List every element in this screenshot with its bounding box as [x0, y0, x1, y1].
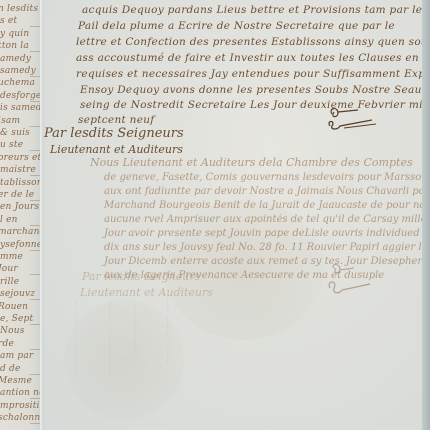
- margin-text-line: Nous: [0, 326, 25, 336]
- framed-manuscript: n lesditss ety quintton laamedysamedyuch…: [0, 0, 430, 430]
- frame-right-edge: [422, 0, 430, 430]
- margin-text-line: mprosition: [0, 401, 40, 411]
- ghost-text: ~~~ ~ ~~ ~~~: [104, 300, 114, 376]
- margin-text-line: e, Sept: [0, 314, 33, 324]
- margin-text-line: amedy: [0, 54, 31, 64]
- margin-dash: [30, 349, 40, 350]
- margin-text-line: desforge: [0, 91, 40, 101]
- margin-text-line: s et: [0, 16, 17, 26]
- margin-dash: [30, 175, 40, 176]
- margin-text-line: ysefonne: [0, 240, 40, 250]
- margin-text-line: Jour: [0, 264, 18, 274]
- margin-text-line: er de le: [0, 190, 34, 200]
- margin-text-line: tton la: [0, 41, 29, 51]
- margin-text-line: schalonne: [0, 413, 40, 423]
- margin-text-line: maistre: [0, 165, 36, 175]
- margin-text-line: n lesdits: [0, 4, 38, 14]
- margin-text-line: Mesme: [0, 376, 32, 386]
- margin-text-line: & suis: [0, 128, 30, 138]
- margin-text-line: oreurs et: [0, 153, 40, 163]
- margin-dash: [30, 374, 40, 375]
- margin-text-line: uchema: [0, 78, 35, 88]
- margin-text-line: rille: [0, 277, 19, 287]
- main-paper: acquis Dequoy pardans Lieus bettre et Pr…: [44, 0, 422, 430]
- margin-text-line: is samedy: [0, 103, 40, 113]
- margin-dash: [30, 200, 40, 201]
- margin-text-line: rde: [0, 339, 14, 349]
- margin-dash: [30, 26, 40, 27]
- ghost-text: ~ ~~ ~~~ ~ ~~: [70, 300, 80, 379]
- margin-text-line: isam: [0, 116, 20, 126]
- margin-dash: [30, 126, 40, 127]
- margin-text-line: samedy: [0, 66, 36, 76]
- margin-dash: [30, 76, 40, 77]
- margin-text-line: marchand: [0, 227, 40, 237]
- margin-text-line: l en: [0, 215, 18, 225]
- margin-dash: [30, 398, 40, 399]
- margin-text-line: antion nem: [0, 388, 40, 398]
- margin-dash: [30, 299, 40, 300]
- margin-text-line: u ste: [0, 140, 23, 150]
- margin-text-line: en Jours: [0, 202, 39, 212]
- ghost-text: ~ ~~~ ~~ ~: [130, 302, 140, 363]
- margin-dash: [30, 274, 40, 275]
- margin-text-line: tablissons: [0, 178, 40, 188]
- margin-dash: [30, 225, 40, 226]
- margin-dash: [30, 51, 40, 52]
- margin-dash: [30, 423, 40, 424]
- ghost-text: ~~ ~~~ ~ ~~: [162, 296, 172, 365]
- margin-dash: [30, 150, 40, 151]
- bleed-through: ~ ~~ ~~~ ~ ~~ ~~~ ~ ~~ ~~~ ~ ~~~ ~~ ~ ~~…: [44, 0, 422, 430]
- margin-text-line: Rouen: [0, 302, 28, 312]
- margin-text-line: sejouvz: [0, 289, 35, 299]
- left-margin-page: n lesditss ety quintton laamedysamedyuch…: [0, 0, 40, 430]
- margin-dash: [30, 324, 40, 325]
- margin-text-line: d de: [0, 364, 21, 374]
- margin-dash: [30, 250, 40, 251]
- margin-text-line: am par: [0, 351, 33, 361]
- margin-text-line: y quin: [0, 29, 29, 39]
- margin-dash: [30, 101, 40, 102]
- margin-text-line: mme: [0, 252, 23, 262]
